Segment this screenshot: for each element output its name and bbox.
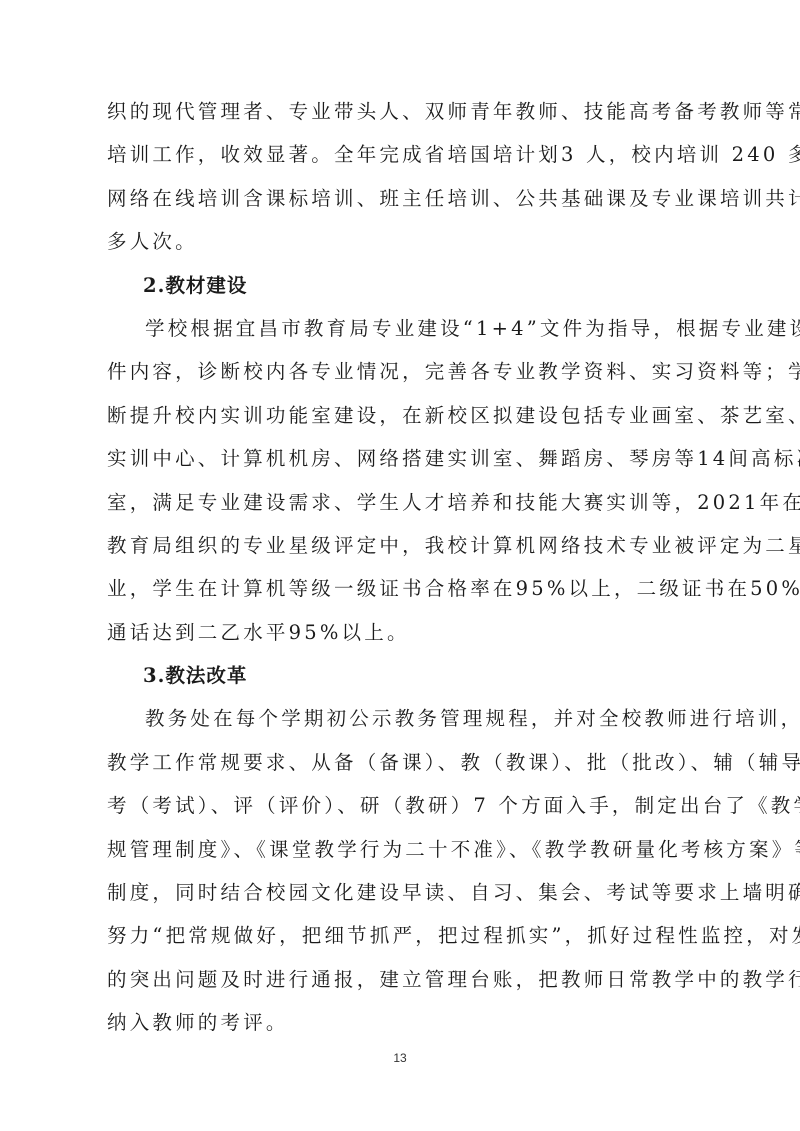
text-line: 通话达到二乙水平95%以上。 [107,611,695,654]
document-page: 织的现代管理者、专业带头人、双师青年教师、技能高考备考教师等常态化 培训工作，收… [0,0,800,1131]
text-line: 多人次。 [107,220,695,263]
text-line: 室，满足专业建设需求、学生人才培养和技能大赛实训等，2021年在宜昌市 [107,481,695,524]
section-heading-teaching-reform: 3.教法改革 [107,654,695,697]
text-line: 制度，同时结合校园文化建设早读、自习、集会、考试等要求上墙明确要求， [107,871,695,914]
text-line: 教务处在每个学期初公示教务管理规程，并对全校教师进行培训， 从 [107,697,695,740]
paragraph-teaching-reform: 教务处在每个学期初公示教务管理规程，并对全校教师进行培训， 从 教学工作常规要求… [107,697,695,1044]
text-line: 考（考试）、评（评价）、研（教研）7 个方面入手，制定出台了《教学常 [107,784,695,827]
text-line: 业，学生在计算机等级一级证书合格率在95%以上，二级证书在50%以上，普 [107,567,695,610]
text-line: 件内容，诊断校内各专业情况，完善各专业教学资料、实习资料等；学校不 [107,350,695,393]
text-line: 实训中心、计算机机房、网络搭建实训室、舞蹈房、琴房等14间高标准功能 [107,437,695,480]
text-line: 努力“把常规做好，把细节抓严，把过程抓实”，抓好过程性监控，对发现 [107,914,695,957]
text-line: 网络在线培训含课标培训、班主任培训、公共基础课及专业课培训共计300 [107,177,695,220]
text-line: 教学工作常规要求、从备（备课）、教（教课）、批（批改）、辅（辅导）、 [107,741,695,784]
text-line: 学校根据宜昌市教育局专业建设“1+4”文件为指导，根据专业建设文 [107,307,695,350]
paragraph-textbook-construction: 学校根据宜昌市教育局专业建设“1+4”文件为指导，根据专业建设文 件内容，诊断校… [107,307,695,654]
text-line: 教育局组织的专业星级评定中，我校计算机网络技术专业被评定为二星级专 [107,524,695,567]
document-body: 织的现代管理者、专业带头人、双师青年教师、技能高考备考教师等常态化 培训工作，收… [107,90,695,1045]
text-line: 培训工作，收效显著。全年完成省培国培计划3 人，校内培训 240 多人次， [107,133,695,176]
paragraph-training-continuation: 织的现代管理者、专业带头人、双师青年教师、技能高考备考教师等常态化 培训工作，收… [107,90,695,264]
text-line: 规管理制度》、《课堂教学行为二十不准》、《教学教研量化考核方案》等 [107,828,695,871]
text-line: 织的现代管理者、专业带头人、双师青年教师、技能高考备考教师等常态化 [107,90,695,133]
section-heading-textbook-construction: 2.教材建设 [107,264,695,307]
page-number: 13 [0,1051,800,1065]
text-line: 纳入教师的考评。 [107,1001,695,1044]
text-line: 断提升校内实训功能室建设，在新校区拟建设包括专业画室、茶艺室、旅游 [107,394,695,437]
text-line: 的突出问题及时进行通报，建立管理台账，把教师日常教学中的教学行为， [107,958,695,1001]
